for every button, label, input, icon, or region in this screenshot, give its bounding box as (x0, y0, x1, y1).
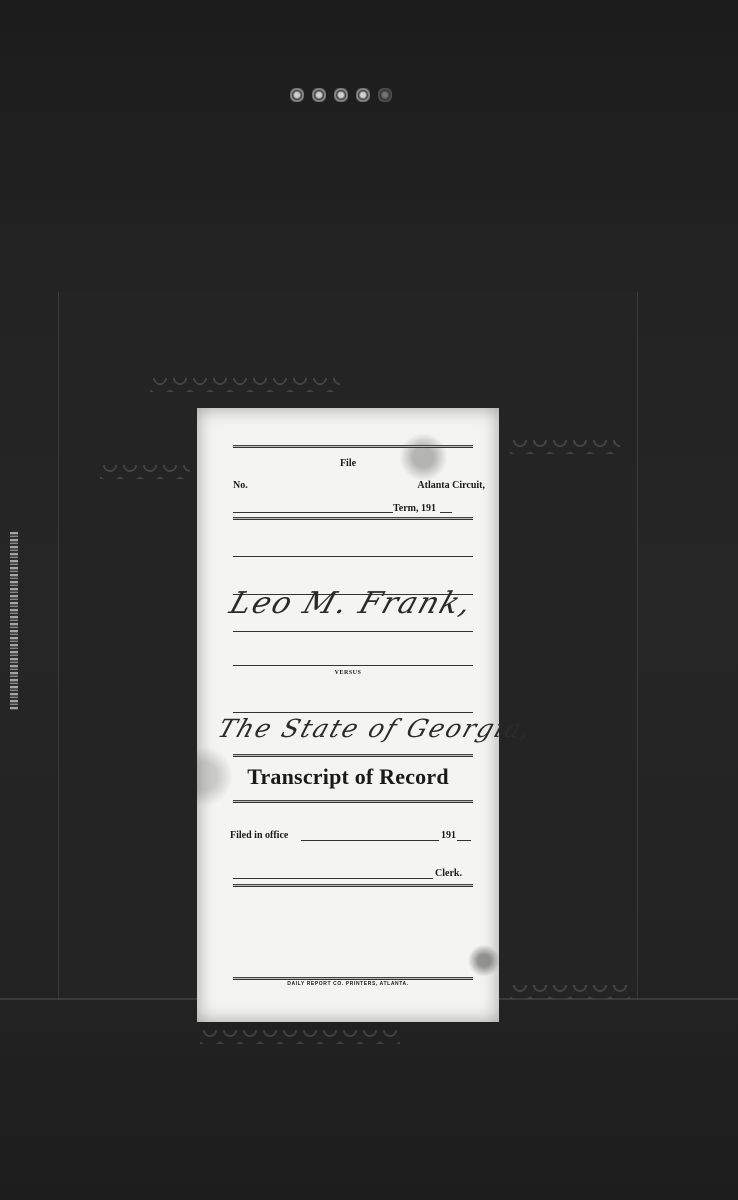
term-year-blank (440, 512, 452, 513)
sprocket-hole-icon (378, 88, 392, 102)
plaintiff-name: Leo M. Frank, (225, 586, 478, 621)
footer-rule (233, 977, 473, 980)
filed-year-blank (457, 840, 471, 841)
term-label: Term, 191 (393, 503, 436, 514)
filed-year-label: 191 (441, 830, 456, 841)
document-title: Transcript of Record (197, 764, 499, 790)
film-sprocket-holes (290, 88, 392, 102)
folder-texture (100, 465, 190, 479)
printer-imprint: DAILY REPORT CO. PRINTERS, ATLANTA. (197, 981, 499, 987)
header-rule (233, 517, 473, 520)
blank-line (233, 665, 473, 666)
folder-texture (200, 1030, 400, 1044)
plaintiff-line-bottom (233, 631, 473, 632)
versus-label: VERSUS (197, 670, 499, 676)
clerk-label: Clerk. (435, 868, 462, 879)
blank-line (233, 556, 473, 557)
defendant-name: The State of Georgia, (214, 714, 537, 743)
sprocket-hole-icon (334, 88, 348, 102)
defendant-line-bottom (233, 754, 473, 757)
folder-texture (510, 440, 620, 454)
clerk-rule (233, 884, 473, 887)
file-label: File (197, 458, 499, 469)
folder-texture (150, 378, 340, 392)
title-rule (233, 800, 473, 803)
film-edge-marking (10, 532, 18, 710)
folder-texture (510, 985, 630, 999)
defendant-line-top (233, 712, 473, 713)
filed-in-office-label: Filed in office (230, 830, 288, 841)
top-rule (233, 445, 473, 448)
sprocket-hole-icon (356, 88, 370, 102)
sprocket-hole-icon (290, 88, 304, 102)
sprocket-hole-icon (312, 88, 326, 102)
file-cover-card: File No. Atlanta Circuit, Term, 191 Leo … (197, 408, 499, 1022)
clerk-signature-line (233, 878, 433, 879)
circuit-label: Atlanta Circuit, (417, 480, 485, 491)
term-blank-line (233, 512, 393, 513)
number-label: No. (233, 480, 248, 491)
filed-date-blank (301, 840, 439, 841)
